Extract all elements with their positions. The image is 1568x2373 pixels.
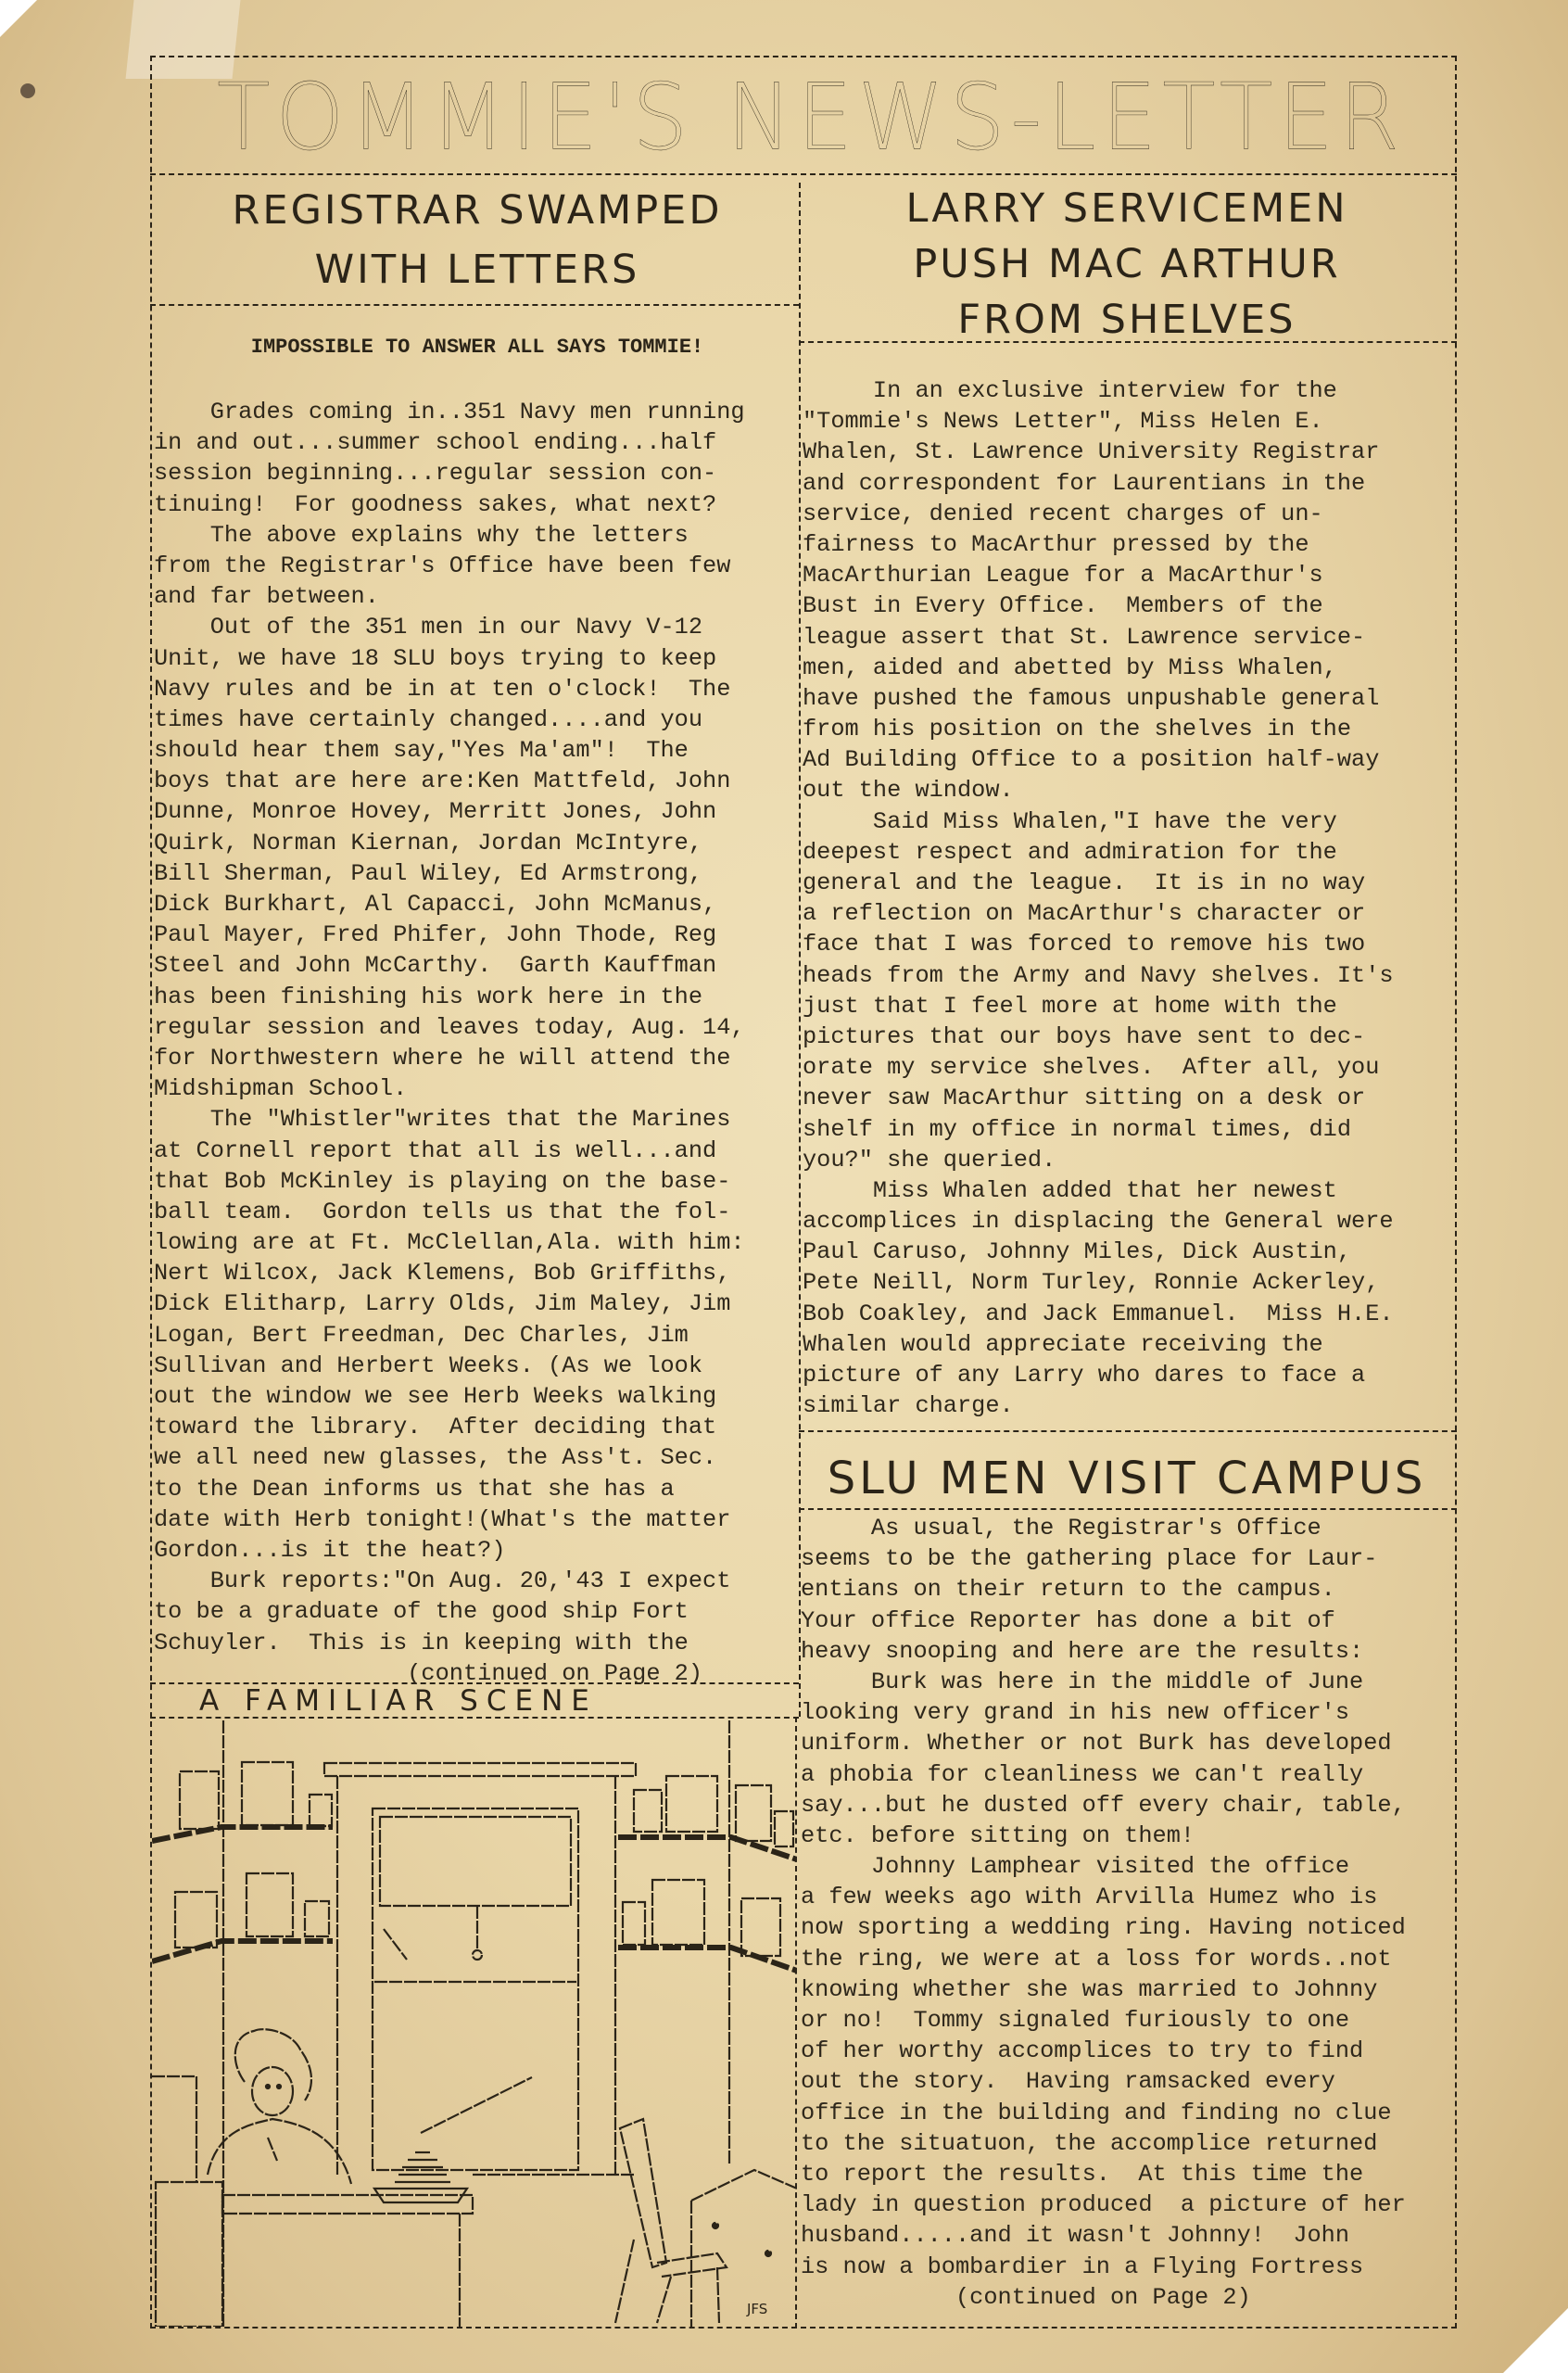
text-line: from the Registrar's Office have been fe… <box>154 551 745 581</box>
text-line: Out of the 351 men in our Navy V-12 <box>154 612 745 642</box>
text-line: Sullivan and Herbert Weeks. (As we look <box>154 1351 745 1381</box>
macarthur-headline-line3: FROM SHELVES <box>803 292 1451 348</box>
text-line: never saw MacArthur sitting on a desk or <box>803 1083 1394 1113</box>
text-line: picture of any Larry who dares to face a <box>803 1360 1394 1390</box>
shelf-left-lower <box>152 1873 333 1961</box>
text-line: times have certainly changed....and you <box>154 704 745 735</box>
text-line: is now a bombardier in a Flying Fortress <box>801 2252 1406 2282</box>
text-line: Grades coming in..351 Navy men running <box>154 397 745 427</box>
text-line: out the story. Having ramsacked every <box>801 2066 1406 2097</box>
text-line: has been finishing his work here in the <box>154 982 745 1012</box>
slu-visit-article-body: As usual, the Registrar's Officeseems to… <box>801 1513 1406 2313</box>
text-line: or no! Tommy signaled furiously to one <box>801 2005 1406 2036</box>
text-line: face that I was forced to remove his two <box>803 929 1394 959</box>
macarthur-headline-line2: PUSH MAC ARTHUR <box>803 236 1451 292</box>
text-line: of her worthy accomplices to try to find <box>801 2036 1406 2066</box>
text-line: Said Miss Whalen,"I have the very <box>803 806 1394 837</box>
text-line: lady in question produced a picture of h… <box>801 2189 1406 2220</box>
text-line: Bob Coakley, and Jack Emmanuel. Miss H.E… <box>803 1299 1394 1329</box>
text-line: As usual, the Registrar's Office <box>801 1513 1406 1543</box>
text-line: Dick Elitharp, Larry Olds, Jim Maley, Ji… <box>154 1288 745 1319</box>
text-line: Logan, Bert Freedman, Dec Charles, Jim <box>154 1320 745 1351</box>
macarthur-headline: LARRY SERVICEMEN PUSH MAC ARTHUR FROM SH… <box>803 181 1451 348</box>
text-line: similar charge. <box>803 1390 1394 1421</box>
text-line: entians on their return to the campus. <box>801 1574 1406 1605</box>
text-line: Bust in Every Office. Members of the <box>803 590 1394 621</box>
side-desk-icon <box>691 2170 797 2327</box>
text-line: The "Whistler"writes that the Marines <box>154 1104 745 1135</box>
text-line: Burk reports:"On Aug. 20,'43 I expect <box>154 1566 745 1596</box>
text-line: Paul Mayer, Fred Phifer, John Thode, Reg <box>154 920 745 950</box>
text-line: husband.....and it wasn't Johnny! John <box>801 2220 1406 2251</box>
text-line: and far between. <box>154 581 745 612</box>
text-line: have pushed the famous unpushable genera… <box>803 683 1394 714</box>
text-line: Gordon...is it the heat?) <box>154 1535 745 1566</box>
text-line: "Tommie's News Letter", Miss Helen E. <box>803 406 1394 437</box>
text-line: a reflection on MacArthur's character or <box>803 898 1394 929</box>
text-line: Burk was here in the middle of June <box>801 1667 1406 1697</box>
macarthur-headline-line1: LARRY SERVICEMEN <box>803 181 1451 236</box>
left-headline-rule <box>150 304 799 306</box>
text-line: for Northwestern where he will attend th… <box>154 1043 745 1073</box>
text-line: Schuyler. This is in keeping with the <box>154 1628 745 1658</box>
chair-icon <box>615 2119 727 2323</box>
text-line: MacArthurian League for a MacArthur's <box>803 560 1394 590</box>
text-line: in and out...summer school ending...half <box>154 427 745 458</box>
text-line: just that I feel more at home with the <box>803 991 1394 1022</box>
torn-corner-bottom-right <box>1503 2308 1568 2373</box>
text-line: Navy rules and be in at ten o'clock! The <box>154 674 745 704</box>
text-line: Your office Reporter has done a bit of <box>801 1605 1406 1636</box>
text-line: fairness to MacArthur pressed by the <box>803 529 1394 560</box>
text-line: lowing are at Ft. McClellan,Ala. with hi… <box>154 1227 745 1258</box>
text-line: the ring, we were at a loss for words..n… <box>801 1944 1406 1974</box>
text-line: Dick Burkhart, Al Capacci, John McManus, <box>154 889 745 920</box>
text-line: Dunne, Monroe Hovey, Merritt Jones, John <box>154 796 745 827</box>
text-line: regular session and leaves today, Aug. 1… <box>154 1012 745 1043</box>
text-line: Johnny Lamphear visited the office <box>801 1851 1406 1882</box>
text-line: heads from the Army and Navy shelves. It… <box>803 960 1394 991</box>
text-line: league assert that St. Lawrence service- <box>803 622 1394 653</box>
registrar-headline-line2: WITH LETTERS <box>158 240 797 299</box>
text-line: say...but he dusted off every chair, tab… <box>801 1790 1406 1821</box>
text-line: Unit, we have 18 SLU boys trying to keep <box>154 643 745 674</box>
text-line: Miss Whalen added that her newest <box>803 1175 1394 1206</box>
staple-hole <box>20 83 35 98</box>
text-line: at Cornell report that all is well...and <box>154 1136 745 1166</box>
text-line: boys that are here are:Ken Mattfeld, Joh… <box>154 766 745 796</box>
text-line: In an exclusive interview for the <box>803 375 1394 406</box>
text-line: we all need new glasses, the Ass't. Sec. <box>154 1442 745 1473</box>
text-line: men, aided and abetted by Miss Whalen, <box>803 653 1394 683</box>
text-line: deepest respect and admiration for the <box>803 837 1394 868</box>
text-line: to the situatuon, the accomplice returne… <box>801 2128 1406 2159</box>
text-line: heavy snooping and here are the results: <box>801 1636 1406 1667</box>
text-line: Nert Wilcox, Jack Klemens, Bob Griffiths… <box>154 1258 745 1288</box>
text-line: Bill Sherman, Paul Wiley, Ed Armstrong, <box>154 858 745 889</box>
text-line: etc. before sitting on them! <box>801 1821 1406 1851</box>
text-line: a phobia for cleanliness we can't really <box>801 1759 1406 1790</box>
text-line: tinuing! For goodness sakes, what next? <box>154 489 745 520</box>
text-line: ball team. Gordon tells us that the fol- <box>154 1197 745 1227</box>
text-line: out the window we see Herb Weeks walking <box>154 1381 745 1412</box>
registrar-headline-line1: REGISTRAR SWAMPED <box>158 181 797 240</box>
text-line: accomplices in displacing the General we… <box>803 1206 1394 1237</box>
text-line: Paul Caruso, Johnny Miles, Dick Austin, <box>803 1237 1394 1267</box>
text-line: session beginning...regular session con- <box>154 458 745 489</box>
masthead-title: TOMMIE'S NEWS-LETTER <box>167 62 1455 174</box>
text-line: Quirk, Norman Kiernan, Jordan McIntyre, <box>154 828 745 858</box>
text-line: pictures that our boys have sent to dec- <box>803 1022 1394 1052</box>
text-line: and correspondent for Laurentians in the <box>803 468 1394 499</box>
registrar-article-body: Grades coming in..351 Navy men runningin… <box>154 397 745 1689</box>
illustration-caption: A FAMILIAR SCENE <box>199 1684 598 1718</box>
office-illustration: JFS <box>152 1720 797 2327</box>
text-line: The above explains why the letters <box>154 520 745 551</box>
text-line: general and the league. It is in no way <box>803 868 1394 898</box>
column-divider <box>799 183 801 1717</box>
text-line: that Bob McKinley is playing on the base… <box>154 1166 745 1197</box>
artist-signature: JFS <box>746 2301 767 2317</box>
woman-figure <box>208 2029 351 2184</box>
registrar-subhead: IMPOSSIBLE TO ANSWER ALL SAYS TOMMIE! <box>158 336 797 359</box>
text-line: office in the building and finding no cl… <box>801 2098 1406 2128</box>
text-line: now sporting a wedding ring. Having noti… <box>801 1912 1406 1943</box>
shelf-left-upper <box>152 1762 333 1841</box>
text-line: seems to be the gathering place for Laur… <box>801 1543 1406 1574</box>
text-line: to be a graduate of the good ship Fort <box>154 1596 745 1627</box>
text-line: Whalen would appreciate receiving the <box>803 1329 1394 1360</box>
slu-visit-headline: SLU MEN VISIT CAMPUS <box>803 1441 1451 1516</box>
macarthur-article-body: In an exclusive interview for the"Tommie… <box>803 375 1394 1421</box>
text-line: Midshipman School. <box>154 1073 745 1104</box>
text-line: you?" she queried. <box>803 1145 1394 1175</box>
text-line: to report the results. At this time the <box>801 2159 1406 2189</box>
slu-headline-top-rule <box>799 1430 1457 1432</box>
text-line: a few weeks ago with Arvilla Humez who i… <box>801 1882 1406 1912</box>
text-line: date with Herb tonight!(What's the matte… <box>154 1504 745 1535</box>
text-line: Steel and John McCarthy. Garth Kauffman <box>154 950 745 981</box>
shelf-right-lower <box>618 1880 797 1971</box>
text-line: looking very grand in his new officer's <box>801 1697 1406 1728</box>
text-line: shelf in my office in normal times, did <box>803 1114 1394 1145</box>
text-line: uniform. Whether or not Burk has develop… <box>801 1728 1406 1758</box>
shelf-right-upper <box>618 1776 797 1859</box>
text-line: Ad Building Office to a position half-wa… <box>803 744 1394 775</box>
text-line: Pete Neill, Norm Turley, Ronnie Ackerley… <box>803 1267 1394 1298</box>
text-line: toward the library. After deciding that <box>154 1412 745 1442</box>
text-line: to the Dean informs us that she has a <box>154 1474 745 1504</box>
torn-corner-top-left <box>0 0 37 37</box>
window-icon <box>324 1763 636 2175</box>
text-line: orate my service shelves. After all, you <box>803 1052 1394 1083</box>
text-line: Whalen, St. Lawrence University Registra… <box>803 437 1394 467</box>
registrar-headline: REGISTRAR SWAMPED WITH LETTERS <box>158 181 797 299</box>
text-line: service, denied recent charges of un- <box>803 499 1394 529</box>
text-line: from his position on the shelves in the <box>803 714 1394 744</box>
text-line: out the window. <box>803 775 1394 806</box>
text-line: knowing whether she was married to Johnn… <box>801 1974 1406 2005</box>
text-line: should hear them say,"Yes Ma'am"! The <box>154 735 745 766</box>
continued-note: (continued on Page 2) <box>801 2282 1406 2313</box>
